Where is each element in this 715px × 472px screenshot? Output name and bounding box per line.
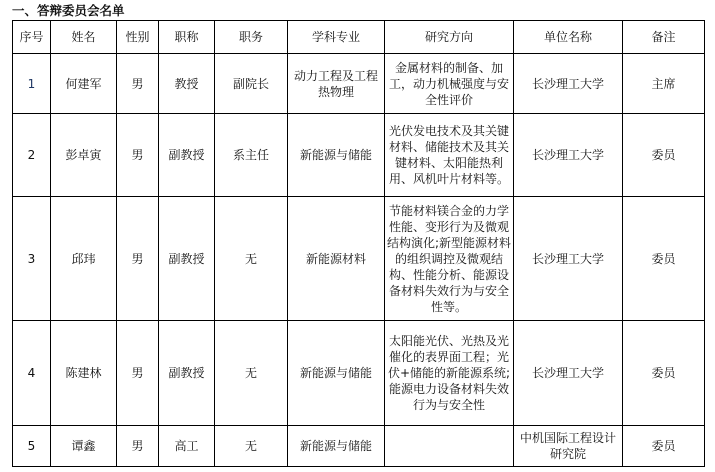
header-title: 职称 — [159, 21, 215, 54]
cell-gender: 男 — [117, 321, 159, 426]
cell-institution: 长沙理工大学 — [514, 321, 623, 426]
cell-title: 高工 — [159, 426, 215, 467]
cell-gender: 男 — [117, 426, 159, 467]
table-row: 2 彭卓寅 男 副教授 系主任 新能源与储能 光伏发电技术及其关键材料、储能技术… — [13, 114, 705, 197]
cell-title: 副教授 — [159, 197, 215, 321]
cell-remark: 主席 — [623, 54, 705, 114]
cell-discipline: 新能源与储能 — [288, 114, 385, 197]
cell-discipline: 新能源与储能 — [288, 321, 385, 426]
cell-position: 无 — [215, 197, 288, 321]
cell-name: 邱玮 — [51, 197, 117, 321]
cell-research: 金属材料的制备、加工，动力机械强度与安全性评价 — [385, 54, 514, 114]
header-remark: 备注 — [623, 21, 705, 54]
cell-research: 太阳能光伏、光热及光催化的表界面工程；光伏+储能的新能源系统;能源电力设备材料失… — [385, 321, 514, 426]
cell-name: 何建军 — [51, 54, 117, 114]
cell-name: 谭鑫 — [51, 426, 117, 467]
table-row: 1 何建军 男 教授 副院长 动力工程及工程热物理 金属材料的制备、加工，动力机… — [13, 54, 705, 114]
cell-research: 节能材料镁合金的力学性能、变形行为及微观结构演化;新型能源材料的组织调控及微观结… — [385, 197, 514, 321]
header-discipline: 学科专业 — [288, 21, 385, 54]
cell-institution: 长沙理工大学 — [514, 114, 623, 197]
cell-discipline: 动力工程及工程热物理 — [288, 54, 385, 114]
cell-no: 3 — [13, 197, 51, 321]
header-research: 研究方向 — [385, 21, 514, 54]
cell-remark: 委员 — [623, 197, 705, 321]
cell-gender: 男 — [117, 114, 159, 197]
committee-table: 序号 姓名 性别 职称 职务 学科专业 研究方向 单位名称 备注 1 何建军 男… — [12, 20, 705, 467]
cell-title: 副教授 — [159, 114, 215, 197]
table-row: 5 谭鑫 男 高工 无 新能源与储能 中机国际工程设计研究院 委员 — [13, 426, 705, 467]
cell-research: 光伏发电技术及其关键材料、储能技术及其关键材料、太阳能热利用、风机叶片材料等。 — [385, 114, 514, 197]
cell-remark: 委员 — [623, 114, 705, 197]
cell-title: 副教授 — [159, 321, 215, 426]
cell-research — [385, 426, 514, 467]
cell-no: 1 — [13, 54, 51, 114]
cell-discipline: 新能源材料 — [288, 197, 385, 321]
header-position: 职务 — [215, 21, 288, 54]
header-no: 序号 — [13, 21, 51, 54]
cell-no: 4 — [13, 321, 51, 426]
header-gender: 性别 — [117, 21, 159, 54]
table-row: 4 陈建林 男 副教授 无 新能源与储能 太阳能光伏、光热及光催化的表界面工程；… — [13, 321, 705, 426]
cell-remark: 委员 — [623, 426, 705, 467]
cell-institution: 长沙理工大学 — [514, 197, 623, 321]
cell-position: 无 — [215, 426, 288, 467]
cell-position: 系主任 — [215, 114, 288, 197]
cell-discipline: 新能源与储能 — [288, 426, 385, 467]
cell-gender: 男 — [117, 197, 159, 321]
cell-name: 陈建林 — [51, 321, 117, 426]
cell-title: 教授 — [159, 54, 215, 114]
header-name: 姓名 — [51, 21, 117, 54]
header-row: 序号 姓名 性别 职称 职务 学科专业 研究方向 单位名称 备注 — [13, 21, 705, 54]
cell-position: 副院长 — [215, 54, 288, 114]
cell-position: 无 — [215, 321, 288, 426]
cell-remark: 委员 — [623, 321, 705, 426]
header-institution: 单位名称 — [514, 21, 623, 54]
cell-name: 彭卓寅 — [51, 114, 117, 197]
cell-no: 2 — [13, 114, 51, 197]
section-title: 一、答辩委员会名单 — [12, 3, 125, 19]
table-row: 3 邱玮 男 副教授 无 新能源材料 节能材料镁合金的力学性能、变形行为及微观结… — [13, 197, 705, 321]
cell-institution: 中机国际工程设计研究院 — [514, 426, 623, 467]
cell-institution: 长沙理工大学 — [514, 54, 623, 114]
cell-no: 5 — [13, 426, 51, 467]
cell-gender: 男 — [117, 54, 159, 114]
